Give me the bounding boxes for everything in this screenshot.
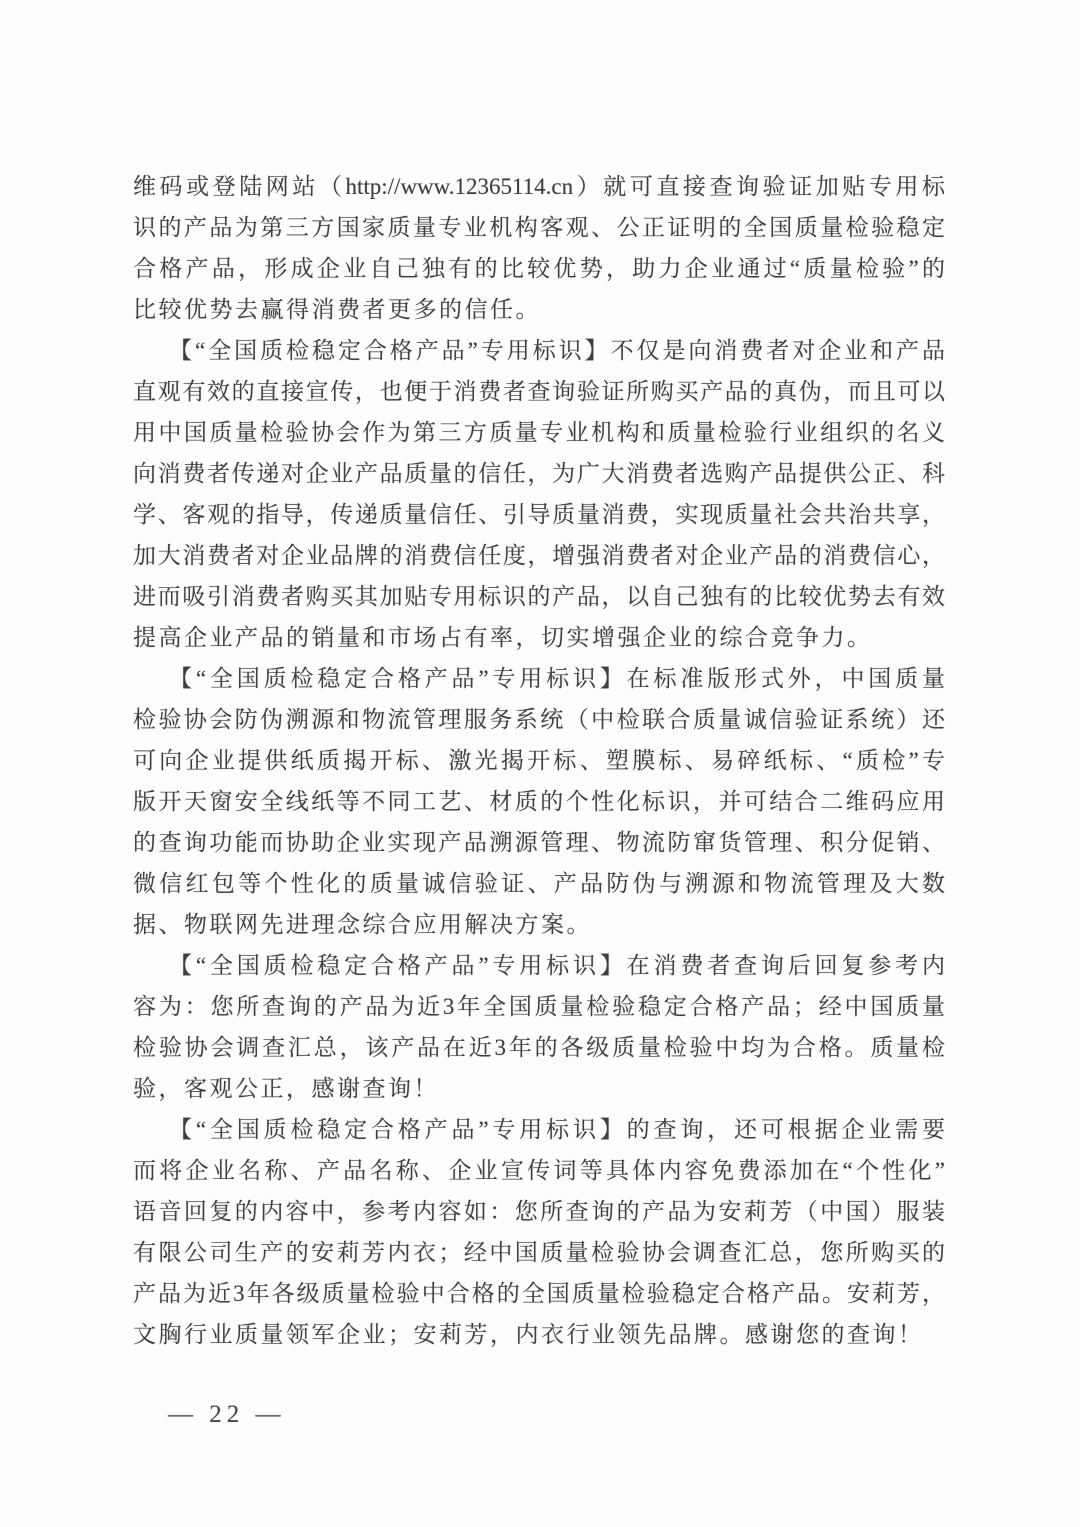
scanned-document-page: 维码或登陆网站（http://www.12365114.cn）就可直接查询验证加… (0, 0, 1080, 1527)
text-line: 合格产品，形成企业自己独有的比较优势，助力企业通过“质量检验”的 (133, 248, 945, 289)
paragraph: 【“全国质检稳定合格产品”专用标识】不仅是向消费者对企业和产品直观有效的直接宣传… (133, 330, 945, 658)
text-line: 【“全国质检稳定合格产品”专用标识】在标准版形式外，中国质量 (133, 658, 945, 699)
text-line: 微信红包等个性化的质量诚信验证、产品防伪与溯源和物流管理及大数 (133, 863, 945, 904)
page-number: — 22 — (168, 1394, 286, 1435)
text-line: 语音回复的内容中，参考内容如：您所查询的产品为安莉芳（中国）服装 (133, 1191, 945, 1232)
paragraph: 【“全国质检稳定合格产品”专用标识】在标准版形式外，中国质量检验协会防伪溯源和物… (133, 658, 945, 945)
text-line: 直观有效的直接宣传，也便于消费者查询验证所购买产品的真伪，而且可以 (133, 371, 945, 412)
document-body: 维码或登陆网站（http://www.12365114.cn）就可直接查询验证加… (133, 166, 945, 1355)
text-line: 进而吸引消费者购买其加贴专用标识的产品，以自己独有的比较优势去有效 (133, 576, 945, 617)
text-line: 版开天窗安全线纸等不同工艺、材质的个性化标识，并可结合二维码应用 (133, 781, 945, 822)
text-line: 比较优势去赢得消费者更多的信任。 (133, 289, 945, 330)
paragraph: 【“全国质检稳定合格产品”专用标识】在消费者查询后回复参考内容为：您所查询的产品… (133, 945, 945, 1109)
text-line: 检验协会防伪溯源和物流管理服务系统（中检联合质量诚信验证系统）还 (133, 699, 945, 740)
text-line: 识的产品为第三方国家质量专业机构客观、公正证明的全国质量检验稳定 (133, 207, 945, 248)
text-line: 容为：您所查询的产品为近3年全国质量检验稳定合格产品；经中国质量 (133, 986, 945, 1027)
text-line: 学、客观的指导，传递质量信任、引导质量消费，实现质量社会共治共享， (133, 494, 945, 535)
text-line: 可向企业提供纸质揭开标、激光揭开标、塑膜标、易碎纸标、“质检”专 (133, 740, 945, 781)
text-line: 【“全国质检稳定合格产品”专用标识】不仅是向消费者对企业和产品 (133, 330, 945, 371)
text-line: 产品为近3年各级质量检验中合格的全国质量检验稳定合格产品。安莉芳， (133, 1273, 945, 1314)
text-line: 文胸行业质量领军企业；安莉芳，内衣行业领先品牌。感谢您的查询！ (133, 1314, 945, 1355)
text-line: 用中国质量检验协会作为第三方质量专业机构和质量检验行业组织的名义 (133, 412, 945, 453)
text-line: 验，客观公正，感谢查询！ (133, 1068, 945, 1109)
text-line: 有限公司生产的安莉芳内衣；经中国质量检验协会调查汇总，您所购买的 (133, 1232, 945, 1273)
paragraph: 维码或登陆网站（http://www.12365114.cn）就可直接查询验证加… (133, 166, 945, 330)
text-line: 的查询功能而协助企业实现产品溯源管理、物流防窜货管理、积分促销、 (133, 822, 945, 863)
text-line: 维码或登陆网站（http://www.12365114.cn）就可直接查询验证加… (133, 166, 945, 207)
page-number-text: — 22 — (168, 1401, 286, 1428)
text-line: 【“全国质检稳定合格产品”专用标识】的查询，还可根据企业需要 (133, 1109, 945, 1150)
text-line: 据、物联网先进理念综合应用解决方案。 (133, 904, 945, 945)
text-line: 检验协会调查汇总，该产品在近3年的各级质量检验中均为合格。质量检 (133, 1027, 945, 1068)
paragraph: 【“全国质检稳定合格产品”专用标识】的查询，还可根据企业需要而将企业名称、产品名… (133, 1109, 945, 1355)
text-line: 而将企业名称、产品名称、企业宣传词等具体内容免费添加在“个性化” (133, 1150, 945, 1191)
text-line: 向消费者传递对企业产品质量的信任，为广大消费者选购产品提供公正、科 (133, 453, 945, 494)
text-line: 【“全国质检稳定合格产品”专用标识】在消费者查询后回复参考内 (133, 945, 945, 986)
text-line: 加大消费者对企业品牌的消费信任度，增强消费者对企业产品的消费信心， (133, 535, 945, 576)
text-line: 提高企业产品的销量和市场占有率，切实增强企业的综合竞争力。 (133, 617, 945, 658)
